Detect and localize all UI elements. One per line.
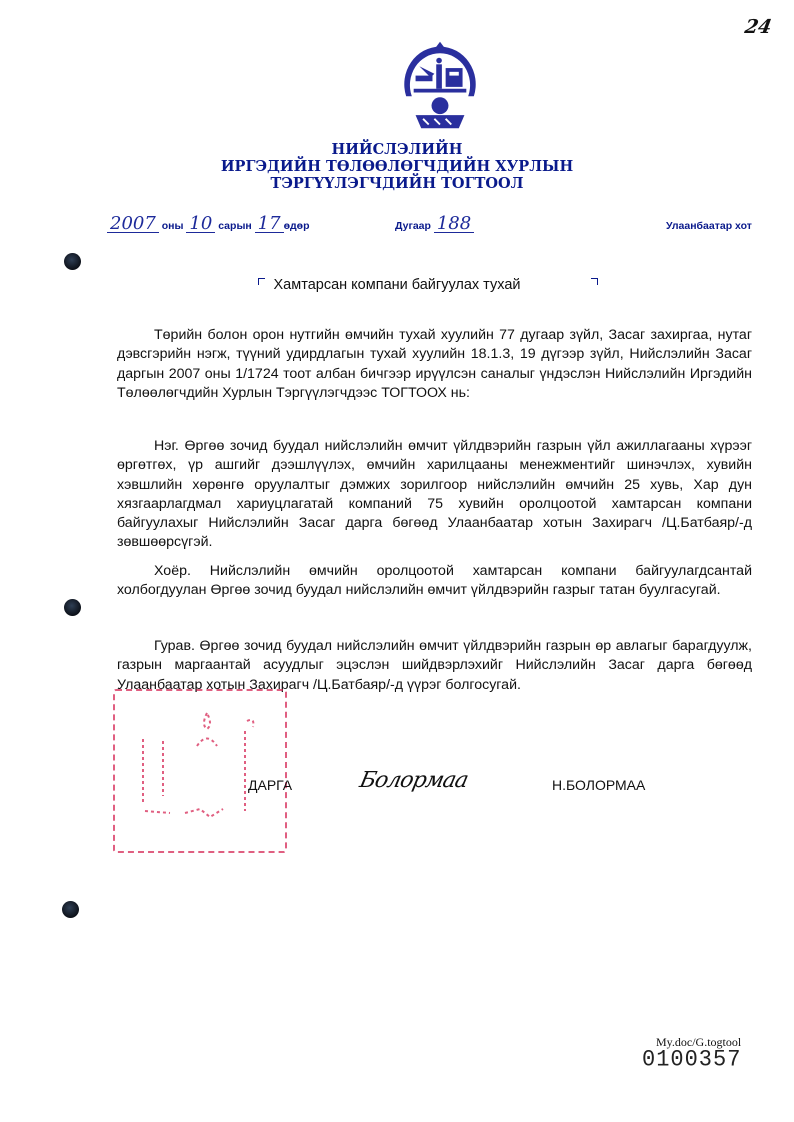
state-emblem-icon bbox=[393, 38, 487, 132]
number-label: Дугаар bbox=[395, 220, 431, 232]
document-number: Дугаар 188 bbox=[395, 216, 474, 233]
paragraph-two: Хоёр. Нийслэлийн өмчийн оролцоотой хамта… bbox=[117, 562, 752, 601]
paragraph-three: Гурав. Өргөө зочид буудал нийслэлийн өмч… bbox=[117, 637, 752, 695]
number-value: 188 bbox=[434, 216, 474, 233]
official-stamp-icon bbox=[113, 689, 287, 853]
handwritten-signature: Болормаа bbox=[357, 768, 470, 793]
serial-number: 0100357 bbox=[642, 1046, 741, 1072]
date-line: 2007 оны 10 сарын 17өдөр bbox=[107, 216, 310, 233]
header-line-1: НИЙСЛЭЛИЙН bbox=[0, 141, 794, 158]
month-label: сарын bbox=[218, 220, 252, 232]
date-month: 10 bbox=[186, 216, 215, 233]
signer-name: Н.БОЛОРМАА bbox=[552, 777, 645, 793]
date-day: 17 bbox=[255, 216, 284, 233]
year-label: оны bbox=[162, 220, 184, 232]
document-subject: Хамтарсан компани байгуулах тухай bbox=[0, 277, 794, 293]
punch-hole bbox=[64, 253, 81, 270]
day-label: өдөр bbox=[284, 220, 310, 232]
paragraph-one: Нэг. Өргөө зочид буудал нийслэлийн өмчит… bbox=[117, 437, 752, 553]
page-number: 24 bbox=[743, 16, 773, 38]
date-year: 2007 bbox=[107, 216, 159, 233]
signer-title: ДАРГА bbox=[248, 777, 292, 793]
punch-hole bbox=[64, 599, 81, 616]
header-line-3: ТЭРГҮҮЛЭГЧДИЙН ТОГТООЛ bbox=[0, 175, 794, 192]
city-label: Улаанбаатар хот bbox=[666, 220, 752, 232]
paragraph-preamble: Төрийн болон орон нутгийн өмчийн тухай х… bbox=[117, 326, 752, 403]
header-line-2: ИРГЭДИЙН ТӨЛӨӨЛӨГЧДИЙН ХУРЛЫН bbox=[0, 158, 794, 175]
punch-hole bbox=[62, 901, 79, 918]
